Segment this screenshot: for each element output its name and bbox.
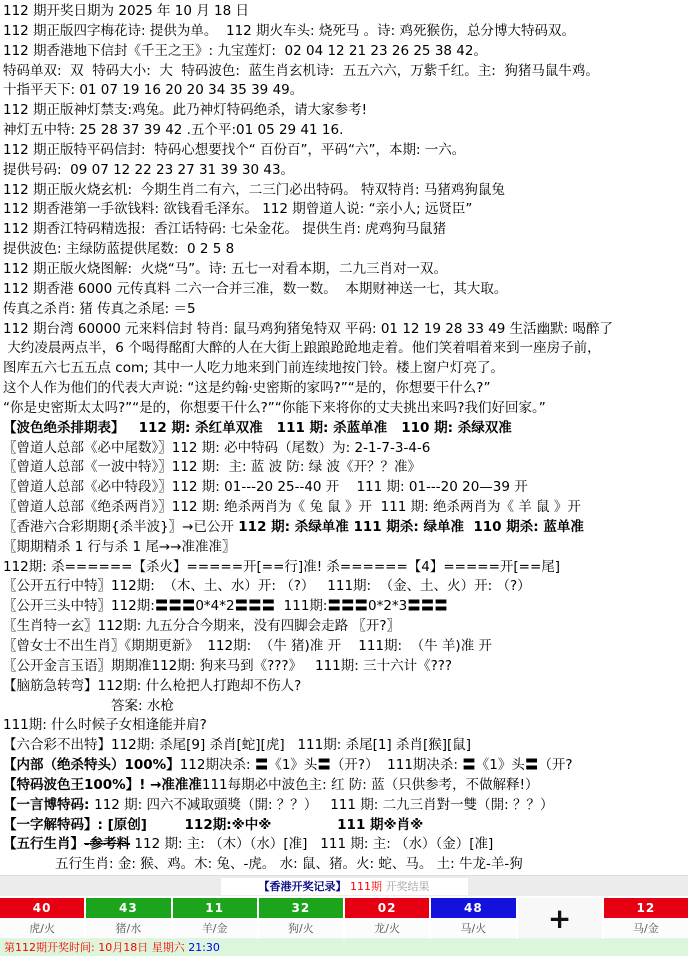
next-draw-time: 21:30: [188, 941, 220, 954]
ball-zodiac-element-label: 马/金: [604, 918, 688, 939]
text-line: 〖曾道人总部《一波中特》〗112 期: 主: 蓝 波 防: 绿 波《开？？准》: [3, 458, 686, 478]
text-line: 提供波色: 主绿防蓝提供尾数: 0 2 5 8: [3, 240, 686, 260]
ball-number: 43: [86, 898, 170, 918]
text-line: 〖曾道人总部《必中特段》〗112 期: 01---20 25--40 开 111…: [3, 478, 686, 498]
text-line: 112 期正版神灯禁支:鸡兔。此乃神灯特码绝杀，请大家参考!: [3, 101, 686, 121]
record-bar: 【香港开奖记录】 111期 开奖结果: [221, 878, 468, 895]
text-line: 【五行生肖】-参考料 112 期: 主: （木）（水）[准] 111 期: 主:…: [3, 835, 686, 855]
text-line: 112 期台湾 60000 元来料信封 特肖: 鼠马鸡狗猪兔特双 平码: 01 …: [3, 320, 686, 340]
result-ball: 11羊/金: [173, 898, 257, 939]
record-suffix: 开奖结果: [386, 880, 430, 893]
result-ball: 02龙/火: [345, 898, 429, 939]
record-title-link[interactable]: 【香港开奖记录】: [259, 880, 347, 893]
text-line: 【六合彩不出特】112期: 杀尾[9] 杀肖[蛇][虎] 111期: 杀尾[1]…: [3, 736, 686, 756]
text-line: 111期: 什么时候子女相逢能并肩?: [3, 716, 686, 736]
results-row: 40虎/火43猪/水11羊/金32狗/火02龙/火48马/火+12马/金: [0, 896, 688, 939]
text-line: 神灯五中特: 25 28 37 39 42 .五个平:01 05 29 41 1…: [3, 121, 686, 141]
text-line: 大约凌晨两点半，6 个喝得酩酊大醉的人在大街上踉踉跄跄地走着。他们笑着唱着来到一…: [3, 339, 686, 359]
text-line: 【内部（绝杀特头）100%】112期决杀: 〓《1》头〓（开?） 111期决杀:…: [3, 756, 686, 776]
text-line: 十指平天下: 01 07 19 16 20 20 34 35 39 49。: [3, 81, 686, 101]
text-line: 112 期香港地下信封《千王之王》: 九宝莲灯: 02 04 12 21 23 …: [3, 42, 686, 62]
lottery-tips-content: 112 期开奖日期为 2025 年 10 月 18 日112 期正版四字梅花诗:…: [0, 0, 688, 875]
text-line: 112 期开奖日期为 2025 年 10 月 18 日: [3, 2, 686, 22]
text-line: 【脑筋急转弯】112期: 什么枪把人打跑却不伤人?: [3, 677, 686, 697]
next-draw-footer: 第112期开奖时间: 10月18日 星期六 21:30: [0, 939, 688, 956]
ball-number: 32: [259, 898, 343, 918]
ball-zodiac-element-label: 猪/水: [86, 918, 170, 939]
ball-zodiac-element-label: 虎/火: [0, 918, 84, 939]
text-line: 〖曾道人总部《绝杀两肖》〗112 期: 绝杀两肖为《 兔 鼠 》开 111 期:…: [3, 498, 686, 518]
plus-separator-icon: +: [518, 898, 602, 939]
ball-number: 48: [431, 898, 515, 918]
text-line: 〖公开三头中特〗112期:〓〓〓0*4*2〓〓〓 111期:〓〓〓0*2*3〓〓…: [3, 597, 686, 617]
text-line: 112 期正版特平码信封: 特码心想要找个“ 百份百”，平码“六”，本期: 一六…: [3, 141, 686, 161]
text-line: 112 期香港 6000 元传真料 二六一合并三准，数一数。 本期财神送一七，其…: [3, 280, 686, 300]
ball-number: 12: [604, 898, 688, 918]
text-line: 112 期香港第一手欲钱料: 欲钱看毛泽东。 112 期曾道人说: “亲小人; …: [3, 200, 686, 220]
text-line: 【特码波色王100%】! →准准准111每期必中波色主: 红 防: 蓝（只供参考…: [3, 776, 686, 796]
text-line: 112期: 杀======【杀火】=====开[==行]准! 杀======【4…: [3, 558, 686, 578]
text-line: 这个人作为他们的代表大声说: “这是约翰·史密斯的家吗?”“是的，你想要干什么?…: [3, 379, 686, 399]
text-line: 〖曾道人总部《必中尾数》〗112 期: 必中特码（尾数）为: 2-1-7-3-4…: [3, 439, 686, 459]
text-line: 【波色绝杀排期表】 112 期: 杀红单双准 111 期: 杀蓝单准 110 期…: [3, 419, 686, 439]
text-line: 112 期正版火烧图解: 火烧“马”。诗: 五七一对看本期，二九三肖对一双。: [3, 260, 686, 280]
text-line: 图库五六七五五点 com; 其中一人吃力地来到门前连续地按门铃。楼上窗户灯亮了。: [3, 359, 686, 379]
record-issue: 111期: [350, 880, 382, 893]
ball-zodiac-element-label: 狗/火: [259, 918, 343, 939]
text-line: 提供号码: 09 07 12 22 23 27 31 39 30 43。: [3, 161, 686, 181]
result-ball: 48马/火: [431, 898, 515, 939]
text-line: 传真之杀肖: 猪 传真之杀尾: ＝5: [3, 300, 686, 320]
text-line: 五行生肖: 金: 猴、鸡。木: 兔、-虎。 水: 鼠、猪。火: 蛇、马。 土: …: [3, 855, 686, 875]
ball-number: 40: [0, 898, 84, 918]
text-line: 〖公开金言玉语〗期期准112期: 狗来马到《???》 111期: 三十六计《??…: [3, 657, 686, 677]
ball-number: 02: [345, 898, 429, 918]
text-line: 【一字解特码】: [原创] 112期:※中※ 111 期※肖※: [3, 816, 686, 836]
result-ball: 12马/金: [604, 898, 688, 939]
result-ball: 32狗/火: [259, 898, 343, 939]
text-line: 〖生肖特一玄〗112期: 九五分合今期来，没有四脚会走路 〖开?〗: [3, 617, 686, 637]
ball-number: 11: [173, 898, 257, 918]
result-ball: 40虎/火: [0, 898, 84, 939]
record-strip: 【香港开奖记录】 111期 开奖结果: [0, 875, 688, 896]
text-line: “你是史密斯太太吗?”“是的，你想要干什么?”“你能下来将你的丈夫挑出来吗?我们…: [3, 399, 686, 419]
ball-zodiac-element-label: 羊/金: [173, 918, 257, 939]
ball-zodiac-element-label: 马/火: [431, 918, 515, 939]
text-line: 【一言博特码: 112 期: 四六不减取頭獎（開: ？？） 111 期: 二九三…: [3, 796, 686, 816]
text-line: 〖公开五行中特〗112期: （木、土、水）开: （?） 111期: （金、土、火…: [3, 577, 686, 597]
next-draw-text: 第112期开奖时间: 10月18日 星期六: [4, 941, 188, 954]
draw-results-panel: 【香港开奖记录】 111期 开奖结果 40虎/火43猪/水11羊/金32狗/火0…: [0, 875, 688, 956]
content-lines: 112 期开奖日期为 2025 年 10 月 18 日112 期正版四字梅花诗:…: [3, 2, 686, 875]
text-line: 112 期香江特码精选报: 香江话特码: 七朵金花。 提供生肖: 虎鸡狗马鼠猪: [3, 220, 686, 240]
text-line: 112 期正版火烧玄机: 今期生肖二有六，二三门必出特码。 特双特肖: 马猪鸡狗…: [3, 181, 686, 201]
text-line: 〖香港六合彩期期{杀半波}〗→已公开 112 期: 杀绿单准 111 期杀: 绿…: [3, 518, 686, 538]
text-line: 特码单双: 双 特码大小: 大 特码波色: 蓝生肖玄机诗: 五五六六，万紫千红。…: [3, 62, 686, 82]
text-line: 答案: 水枪: [3, 697, 686, 717]
text-line: 〖期期精杀 1 行与杀 1 尾→→准准准〗: [3, 538, 686, 558]
ball-zodiac-element-label: 龙/火: [345, 918, 429, 939]
text-line: 112 期正版四字梅花诗: 提供为单。 112 期火车头: 烧死马 。诗: 鸡死…: [3, 22, 686, 42]
result-ball: 43猪/水: [86, 898, 170, 939]
text-line: 〖曾女士不出生肖〗《期期更新》 112期: （牛 猪)准 开 111期: （牛 …: [3, 637, 686, 657]
